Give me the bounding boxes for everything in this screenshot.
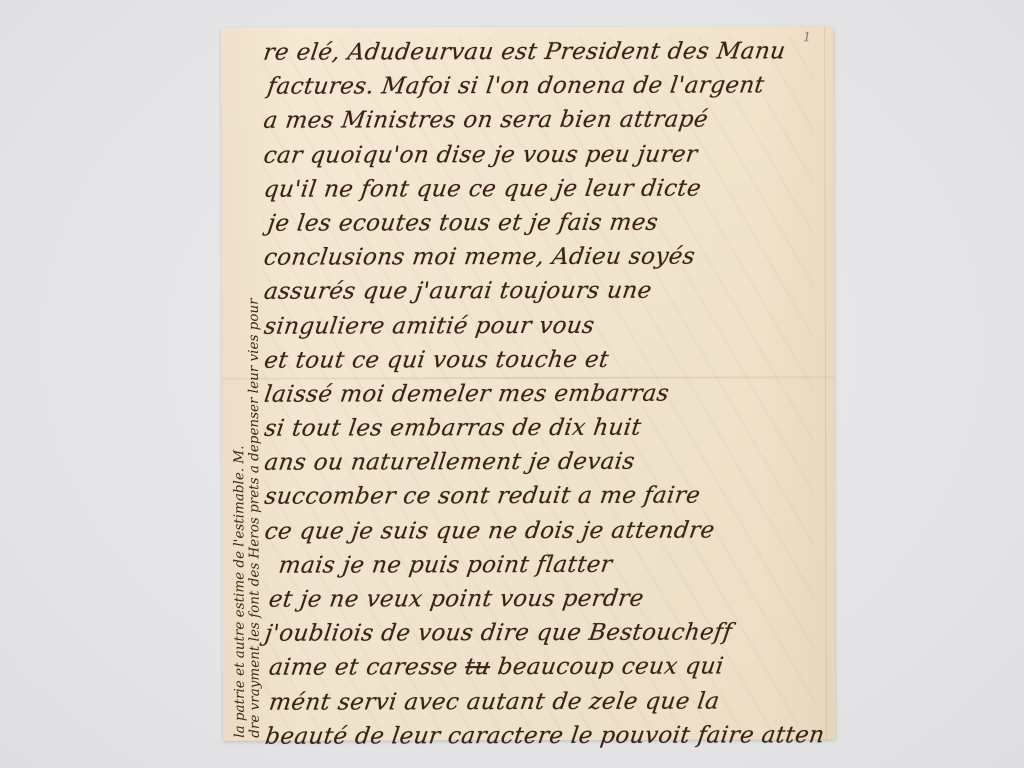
text-line: singuliere amitié pour vous bbox=[262, 308, 827, 344]
text-line: ans ou naturellement je devais bbox=[262, 444, 827, 480]
text-line: si tout les embarras de dix huit bbox=[262, 410, 827, 446]
text-line: conclusions moi meme, Adieu soyés bbox=[262, 239, 827, 275]
text-line: succomber ce sont reduit a me faire bbox=[262, 479, 827, 515]
margin-note-line: la patrie et autre estime de l'estimable… bbox=[231, 58, 248, 738]
text-line: beauté de leur caractere le pouvoit fair… bbox=[263, 718, 828, 754]
text-line: j'oubliois de vous dire que Bestoucheff bbox=[263, 615, 828, 651]
text-line: mais je ne puis point flatter bbox=[263, 547, 828, 583]
struck-word: tu bbox=[463, 654, 491, 680]
text-line: mént servi avec autant de zele que la bbox=[263, 684, 828, 720]
text-line: et je ne veux point vous perdre bbox=[263, 581, 828, 617]
text-line: qu'il ne font que ce que je leur dicte bbox=[262, 171, 827, 207]
text-segment: aime et caresse bbox=[267, 655, 467, 682]
manuscript-page: 1 dre vrayment les font des Heros prets … bbox=[221, 26, 835, 741]
text-line: je les ecoutes tous et je fais mes bbox=[262, 205, 827, 241]
margin-note-line: dre vrayment les font des Heros prets a … bbox=[246, 58, 263, 738]
text-segment: beaucoup ceux qui bbox=[488, 654, 725, 681]
text-line: factures. Mafoi si l'on donena de l'arge… bbox=[261, 68, 826, 104]
text-line: laissé moi demeler mes embarras bbox=[262, 376, 827, 412]
margin-note: dre vrayment les font des Heros prets a … bbox=[225, 58, 263, 738]
text-line: assurés que j'aurai toujours une bbox=[262, 274, 827, 310]
text-line-with-strikethrough: aime et caresse tu beaucoup ceux qui bbox=[263, 650, 828, 686]
text-line: car quoiqu'on dise je vous peu jurer bbox=[261, 137, 826, 173]
margin-note-text: dre vrayment les font des Heros prets a … bbox=[225, 58, 263, 738]
text-line: ce que je suis que ne dois je attendre bbox=[262, 513, 827, 549]
text-line: a mes Ministres on sera bien attrapé bbox=[261, 103, 826, 139]
text-line: re elé, Adudeurvau est President des Man… bbox=[261, 34, 826, 70]
letter-body: re elé, Adudeurvau est President des Man… bbox=[261, 34, 823, 753]
text-line: et tout ce qui vous touche et bbox=[262, 342, 827, 378]
